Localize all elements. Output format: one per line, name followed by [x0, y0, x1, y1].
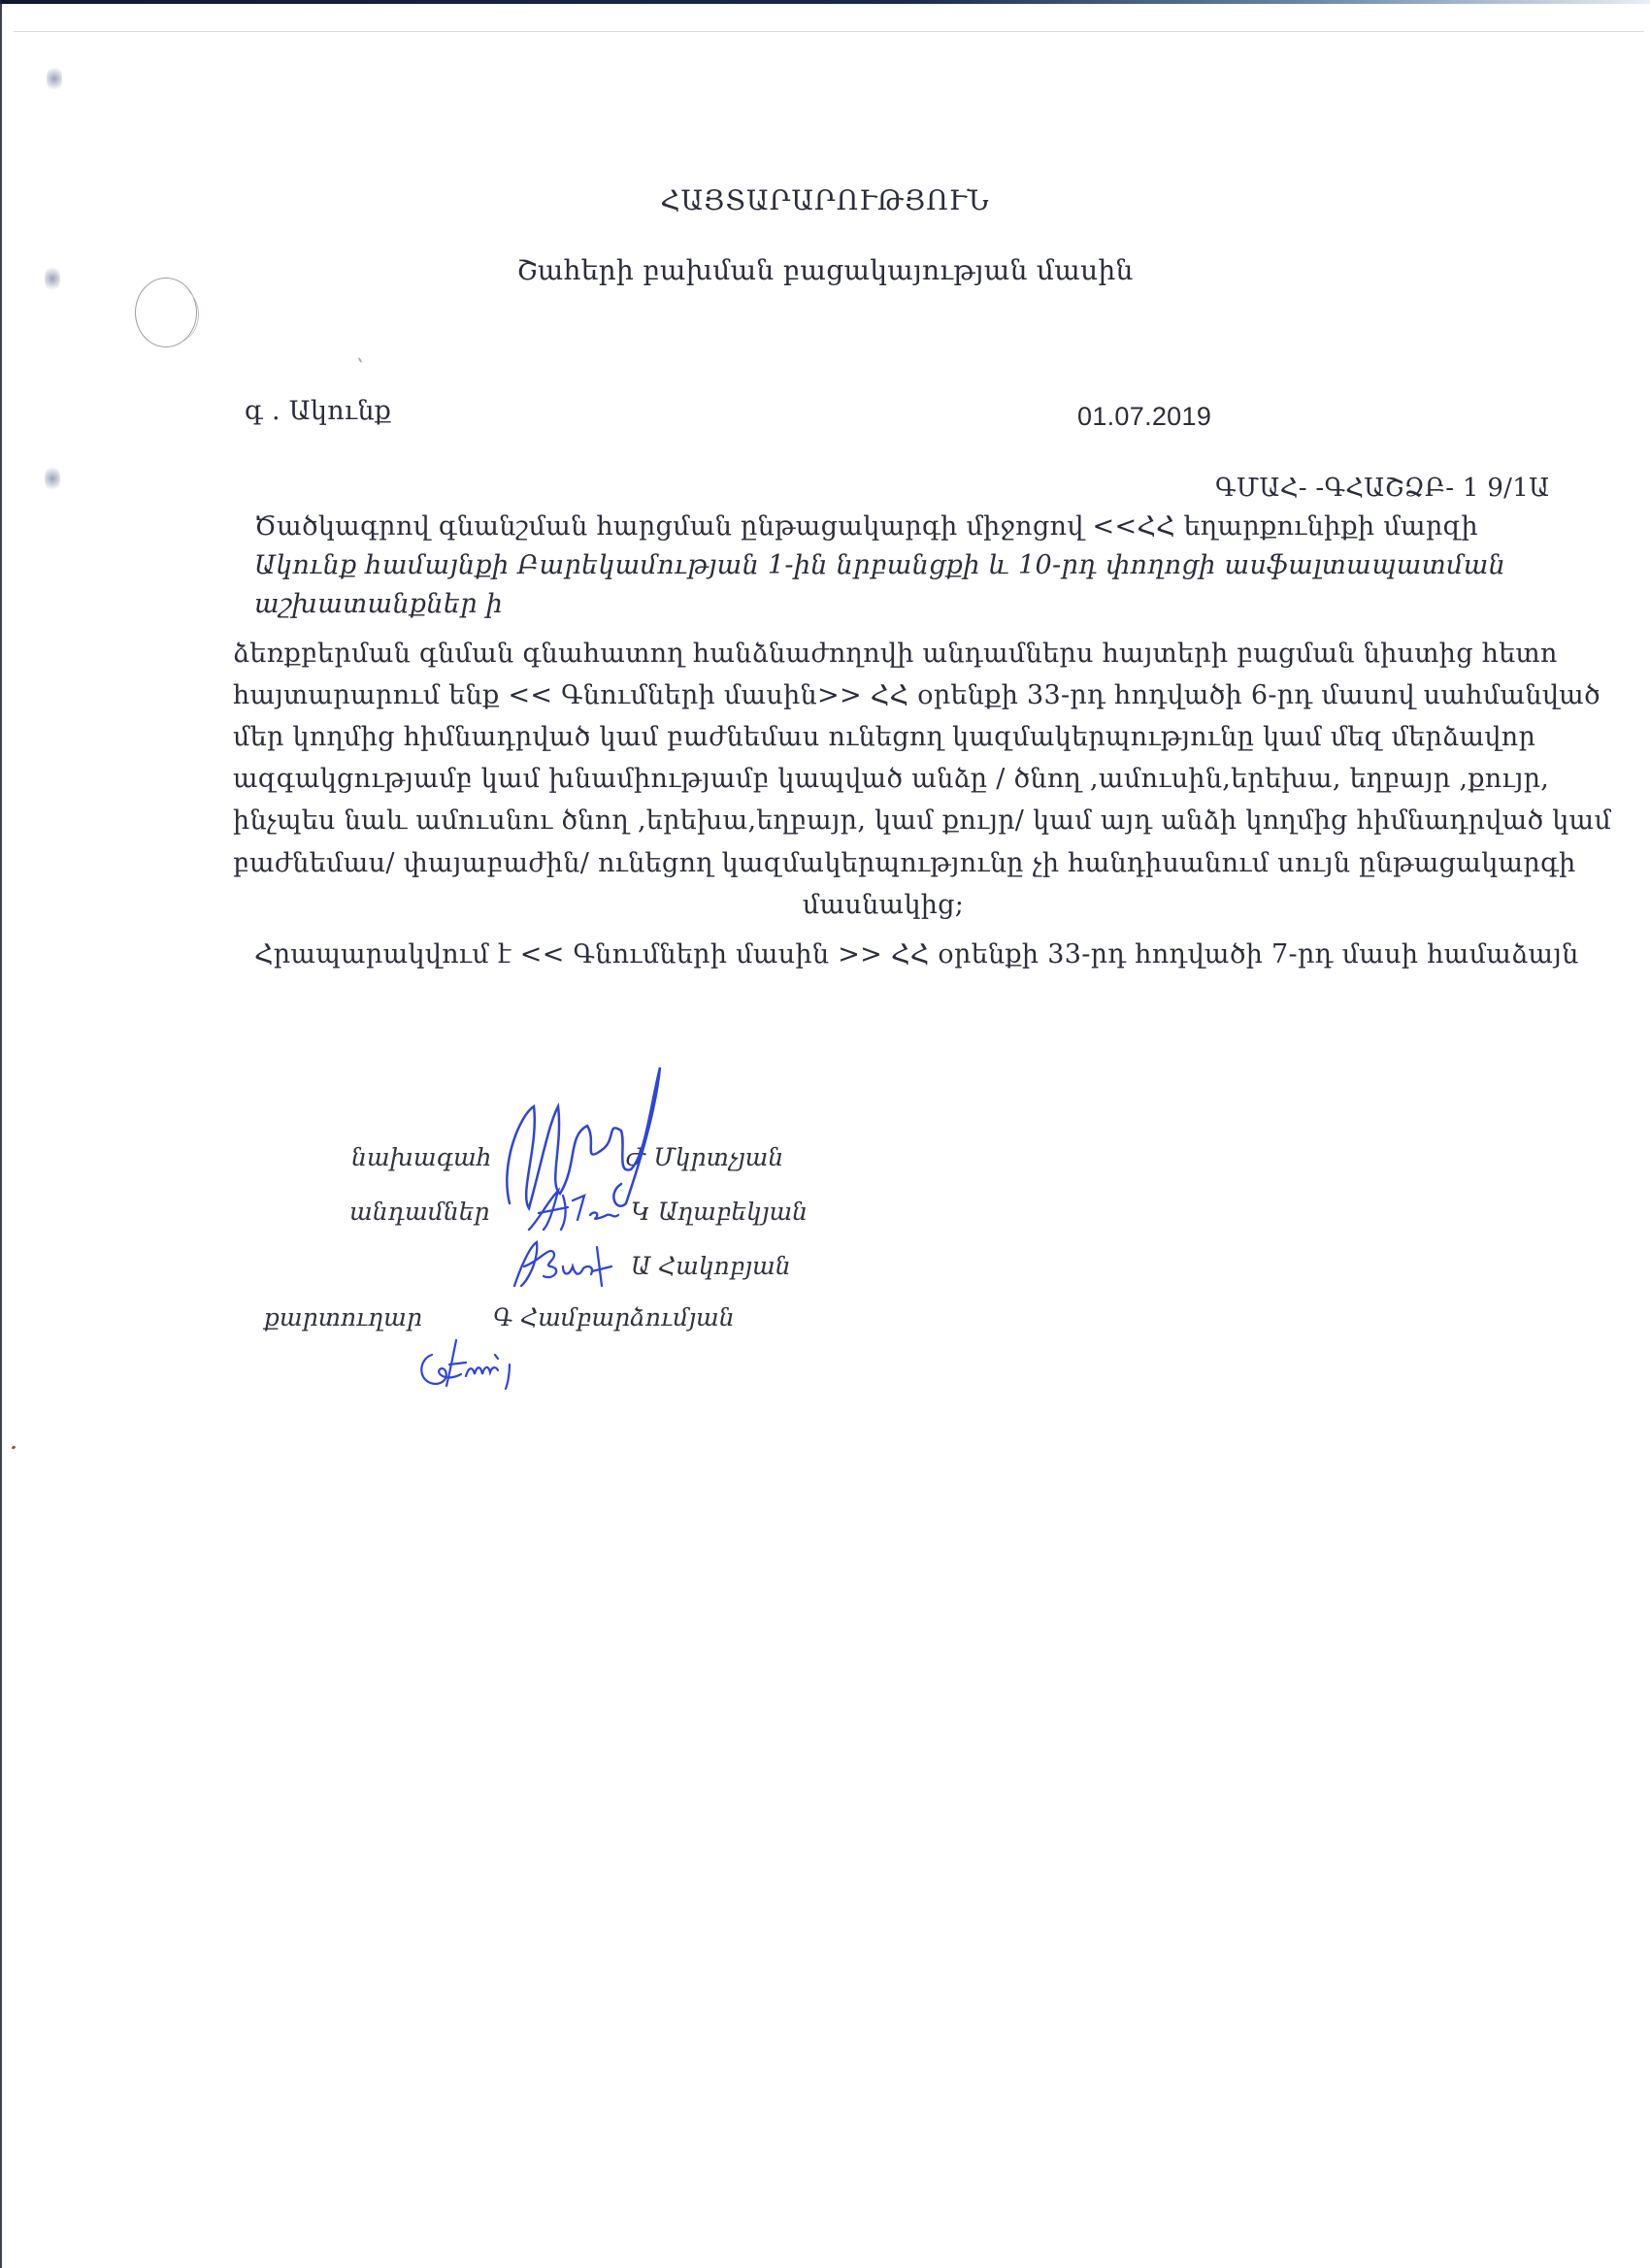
intro-line: Ակունք համայնքի Բարեկամության 1-ին նրբան…: [254, 550, 1505, 580]
reference-code: ԳՄԱՀ- -ԳՀԱՇՁԲ- 1 9/1Ա: [1215, 474, 1549, 503]
signatory-role: քարտուղար: [264, 1303, 422, 1331]
punch-hole-shadow: [148, 285, 199, 344]
intro-line: Ծածկագրով գնանշման հարցման ընթացակարգի մ…: [254, 511, 1478, 542]
signature-member-1: [524, 1186, 631, 1234]
scan-top-edge: [0, 0, 1650, 4]
main-line: մասնակից;: [233, 890, 1534, 920]
main-line: ձեռքբերման գնման գնահատող հանձնաժողովի ա…: [233, 639, 1534, 669]
signatory-name: Ա Հակոբյան: [631, 1252, 791, 1280]
main-line: մեր կողմից հիմնադրված կամ բաժնեմաս ունեց…: [233, 722, 1534, 752]
main-line: հայտարարում ենք << Գնումների մասին>> ՀՀ …: [233, 680, 1534, 710]
signatory-role: անդամներ: [349, 1198, 490, 1226]
signatory-role: նախագահ: [351, 1143, 492, 1171]
scan-left-edge: [0, 0, 2, 2268]
main-line: ազգակցությամբ կամ խնամիությամբ կապված ան…: [233, 764, 1534, 794]
signature-secretary: [412, 1335, 539, 1394]
signatory-name: Գ Համբարձումյան: [493, 1303, 735, 1331]
main-line: բաժնեմաս/ փայաբաժին/ ունեցող կազմակերպու…: [233, 848, 1534, 878]
scan-artifact-speck: [47, 64, 62, 93]
date: 01.07.2019: [1077, 402, 1211, 432]
signature-member-2: [510, 1237, 616, 1291]
document-title: ՀԱՅՏԱՐԱՐՈՒԹՅՈՒՆ: [0, 184, 1650, 216]
scan-artifact-speck: [45, 464, 60, 493]
location: գ . Ակունք: [245, 396, 391, 426]
intro-line: աշխատանքներ ի: [254, 589, 503, 619]
scan-top-line: [14, 31, 1644, 32]
document-subtitle: Շահերի բախման բացակայության մասին: [0, 254, 1650, 286]
scan-artifact-dot: [12, 1445, 16, 1450]
scan-artifact-dot: [358, 357, 363, 363]
main-line: ինչպես նաև ամուսնու ծնող ,երեխա,եղբայր, …: [233, 805, 1534, 836]
closing-line: Հրապարակվում է << Գնումների մասին >> ՀՀ …: [254, 939, 1579, 970]
